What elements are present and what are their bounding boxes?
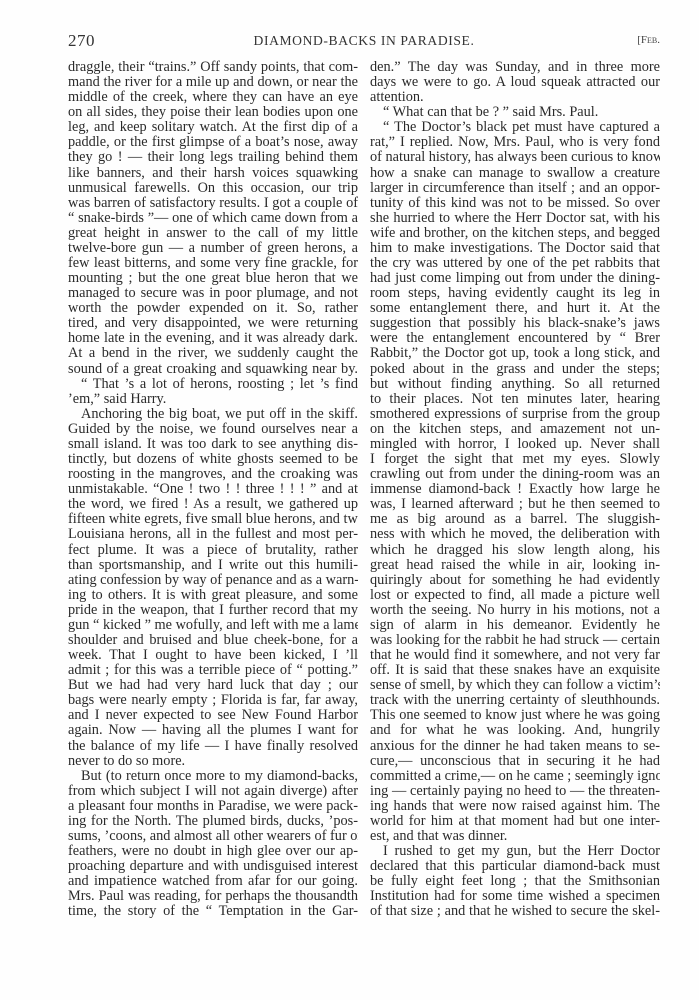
text-line: But (to return once more to my diamond-b… bbox=[68, 769, 358, 784]
text-line: ating confession by way of penance and a… bbox=[68, 573, 358, 588]
running-title: DIAMOND-BACKS IN PARADISE. bbox=[68, 33, 660, 49]
text-line: worth the powder expended on it. So, rat… bbox=[68, 301, 358, 316]
issue-month: [Feb. bbox=[637, 34, 660, 46]
text-line: Mrs. Paul was reading, for perhaps the t… bbox=[68, 889, 358, 904]
text-line: crawling out from under the dining-room … bbox=[370, 467, 660, 482]
text-line: quiringly about for something he had evi… bbox=[370, 573, 660, 588]
text-line: him to make investigations. The Doctor s… bbox=[370, 241, 660, 256]
text-line: unmusical farewells. On this occasion, o… bbox=[68, 181, 358, 196]
text-line: home late in the evening, and it was alr… bbox=[68, 331, 358, 346]
text-line: worth the seeing. No hurry in his motion… bbox=[370, 603, 660, 618]
text-line: mand the river for a mile up and down, o… bbox=[68, 75, 358, 90]
text-line: was barren of satisfactory results. I go… bbox=[68, 196, 358, 211]
text-line: Institution had for some time wished a s… bbox=[370, 889, 660, 904]
text-line: me as big around as a barrel. The sluggi… bbox=[370, 512, 660, 527]
text-line: world for him at that moment had but one… bbox=[370, 814, 660, 829]
text-line: days we were to go. A loud squeak attrac… bbox=[370, 75, 660, 90]
text-line: leg, and keep solitary watch. At the fir… bbox=[68, 120, 358, 135]
text-line: pride in the weapon, that I further reco… bbox=[68, 603, 358, 618]
text-line: twelve-bore gun — a number of green hero… bbox=[68, 241, 358, 256]
text-line: on the kitchen steps, and amazement not … bbox=[370, 422, 660, 437]
text-line: gun “ kicked ” me wofully, and left with… bbox=[68, 618, 358, 633]
text-line: of that size ; and that he wished to sec… bbox=[370, 904, 660, 919]
magazine-page: 270 DIAMOND-BACKS IN PARADISE. [Feb. dra… bbox=[0, 0, 699, 1000]
text-line: and I never expected to see New Found Ha… bbox=[68, 708, 358, 723]
text-line: committed a crime,— on he came ; seeming… bbox=[370, 769, 660, 784]
text-line: ing — certainly paying no heed to — the … bbox=[370, 784, 660, 799]
text-line: ’em,” said Harry. bbox=[68, 392, 358, 407]
text-line: I rushed to get my gun, but the Herr Doc… bbox=[370, 844, 660, 859]
text-line: Anchoring the big boat, we put off in th… bbox=[68, 407, 358, 422]
text-line: fect plume. It was a piece of brutality,… bbox=[68, 543, 358, 558]
text-line: the word, we fired ! As a result, we gat… bbox=[68, 497, 358, 512]
running-head: 270 DIAMOND-BACKS IN PARADISE. [Feb. bbox=[68, 31, 660, 53]
text-line: small island. It was too dark to see any… bbox=[68, 437, 358, 452]
text-line: rat,” I replied. Now, Mrs. Paul, who is … bbox=[370, 135, 660, 150]
text-line: to their places. Not ten minutes later, … bbox=[370, 392, 660, 407]
text-line: bags were nearly empty ; Florida is far,… bbox=[68, 693, 358, 708]
text-line: smothered expressions of surprise from t… bbox=[370, 407, 660, 422]
text-line: the balance of my life — I have finally … bbox=[68, 739, 358, 754]
text-line: wife and brother, on the kitchen steps, … bbox=[370, 226, 660, 241]
text-line: like banners, and their harsh voices squ… bbox=[68, 166, 358, 181]
text-line: Guided by the noise, we found ourselves … bbox=[68, 422, 358, 437]
text-line: But we had had very hard luck that day ;… bbox=[68, 678, 358, 693]
text-line: were the entanglement encountered by “ B… bbox=[370, 331, 660, 346]
text-line: lost or expected to find, all made a pic… bbox=[370, 588, 660, 603]
text-line: and impatience watched from afar for our… bbox=[68, 874, 358, 889]
text-line: anxious for the dinner he had taken mean… bbox=[370, 739, 660, 754]
text-line: mingled with horror, I looked up. Never … bbox=[370, 437, 660, 452]
text-line: At a bend in the river, we suddenly caug… bbox=[68, 346, 358, 361]
text-line: sign of alarm in his demeanor. Evidently… bbox=[370, 618, 660, 633]
text-line: a pleasant four months in Paradise, we w… bbox=[68, 799, 358, 814]
text-line: great height in answer to the call of my… bbox=[68, 226, 358, 241]
text-line: attention. bbox=[370, 90, 660, 105]
text-line: mounting ; but the one great blue heron … bbox=[68, 271, 358, 286]
text-line: unmistakable. “One ! two ! ! three ! ! !… bbox=[68, 482, 358, 497]
right-column: den.” The day was Sunday, and in three m… bbox=[370, 60, 660, 919]
text-line: larger in circumference than itself ; an… bbox=[370, 181, 660, 196]
text-line: great head raised the while in air, look… bbox=[370, 558, 660, 573]
text-line: paddle, or the first glimpse of a boat’s… bbox=[68, 135, 358, 150]
text-line: track with the unerring certainty of sle… bbox=[370, 693, 660, 708]
text-line: ing hands that were now raised against h… bbox=[370, 799, 660, 814]
text-line: draggle, their “trains.” Off sandy point… bbox=[68, 60, 358, 75]
text-line: some entanglement there, and hurt it. At… bbox=[370, 301, 660, 316]
text-line: shoulder and bruised and blue cheek-bone… bbox=[68, 633, 358, 648]
text-line: middle of the creek, where they can have… bbox=[68, 90, 358, 105]
text-line: proaching departure and with undisguised… bbox=[68, 859, 358, 874]
text-line: on all sides, they poise their lean bodi… bbox=[68, 105, 358, 120]
text-line: roosting in the mangroves, and the croak… bbox=[68, 467, 358, 482]
text-line: which he dragged his slow length along, … bbox=[370, 543, 660, 558]
text-line: was looking for the rabbit he had struck… bbox=[370, 633, 660, 648]
text-line: “ snake-birds ”— one of which came down … bbox=[68, 211, 358, 226]
text-line: sound of a great croaking and squawking … bbox=[68, 362, 358, 377]
text-line: they go ! — their long legs trailing beh… bbox=[68, 150, 358, 165]
text-line: feathers, were no doubt in high glee ove… bbox=[68, 844, 358, 859]
text-line: “ What can that be ? ” said Mrs. Paul. bbox=[370, 105, 660, 120]
text-line: cure,— unconscious that in securing it h… bbox=[370, 754, 660, 769]
text-line: suggestion that possibly his black-snake… bbox=[370, 316, 660, 331]
text-line: than sportsmanship, and I write out this… bbox=[68, 558, 358, 573]
text-line: of natural history, has always been curi… bbox=[370, 150, 660, 165]
text-line: few least bitterns, and some very fine g… bbox=[68, 256, 358, 271]
text-line: declared that this particular diamond-ba… bbox=[370, 859, 660, 874]
text-line: from which subject I will not again dive… bbox=[68, 784, 358, 799]
text-line: that he would find it somewhere, and not… bbox=[370, 648, 660, 663]
text-line: est, and that was dinner. bbox=[370, 829, 660, 844]
text-line: sums, ’coons, and almost all other weare… bbox=[68, 829, 358, 844]
text-line: I forget the sight that met my eyes. Slo… bbox=[370, 452, 660, 467]
text-line: room steps, having evidently caught its … bbox=[370, 286, 660, 301]
text-line: ing for the North. The plumed birds, duc… bbox=[68, 814, 358, 829]
text-line: the cry was uttered by one of the pet ra… bbox=[370, 256, 660, 271]
text-line: had just come limping out from under the… bbox=[370, 271, 660, 286]
text-line: tired, and very disappointed, we were re… bbox=[68, 316, 358, 331]
text-line: ing to others. It is with great pleasure… bbox=[68, 588, 358, 603]
text-line: “ The Doctor’s black pet must have captu… bbox=[370, 120, 660, 135]
text-line: off. It is said that these snakes have a… bbox=[370, 663, 660, 678]
text-line: managed to secure was in poor plumage, a… bbox=[68, 286, 358, 301]
text-line: be fully eight feet long ; that the Smit… bbox=[370, 874, 660, 889]
text-line: Rabbit,” the Doctor got up, took a long … bbox=[370, 346, 660, 361]
left-column: draggle, their “trains.” Off sandy point… bbox=[68, 60, 358, 919]
text-line: time, the story of the “ Temptation in t… bbox=[68, 904, 358, 919]
text-line: never to do so more. bbox=[68, 754, 358, 769]
text-line: was, I learned afterward ; but he then s… bbox=[370, 497, 660, 512]
text-line: fifteen white egrets, five small blue he… bbox=[68, 512, 358, 527]
text-line: tinctly, but dozens of white ghosts seem… bbox=[68, 452, 358, 467]
text-line: ness with which he moved, the deliberati… bbox=[370, 527, 660, 542]
text-line: how a snake can manage to swallow a crea… bbox=[370, 166, 660, 181]
text-line: week. That I ought to have been kicked, … bbox=[68, 648, 358, 663]
text-line: immense diamond-back ! Exactly how large… bbox=[370, 482, 660, 497]
text-line: sense of smell, by which they can follow… bbox=[370, 678, 660, 693]
text-line: again. Now — having all the plumes I wan… bbox=[68, 723, 358, 738]
text-line: “ That ’s a lot of herons, roosting ; le… bbox=[68, 377, 358, 392]
text-line: but without finding anything. So all ret… bbox=[370, 377, 660, 392]
text-line: tunity of this kind was not to be missed… bbox=[370, 196, 660, 211]
text-line: poked about in the grass and under the s… bbox=[370, 362, 660, 377]
text-line: This one seemed to know just where he wa… bbox=[370, 708, 660, 723]
text-line: and for what he was looking. And, hungri… bbox=[370, 723, 660, 738]
text-line: Louisiana herons, all in the fullest and… bbox=[68, 527, 358, 542]
text-line: den.” The day was Sunday, and in three m… bbox=[370, 60, 660, 75]
text-line: admit ; for this was a terrible piece of… bbox=[68, 663, 358, 678]
text-line: she hurried to where the Herr Doctor sat… bbox=[370, 211, 660, 226]
